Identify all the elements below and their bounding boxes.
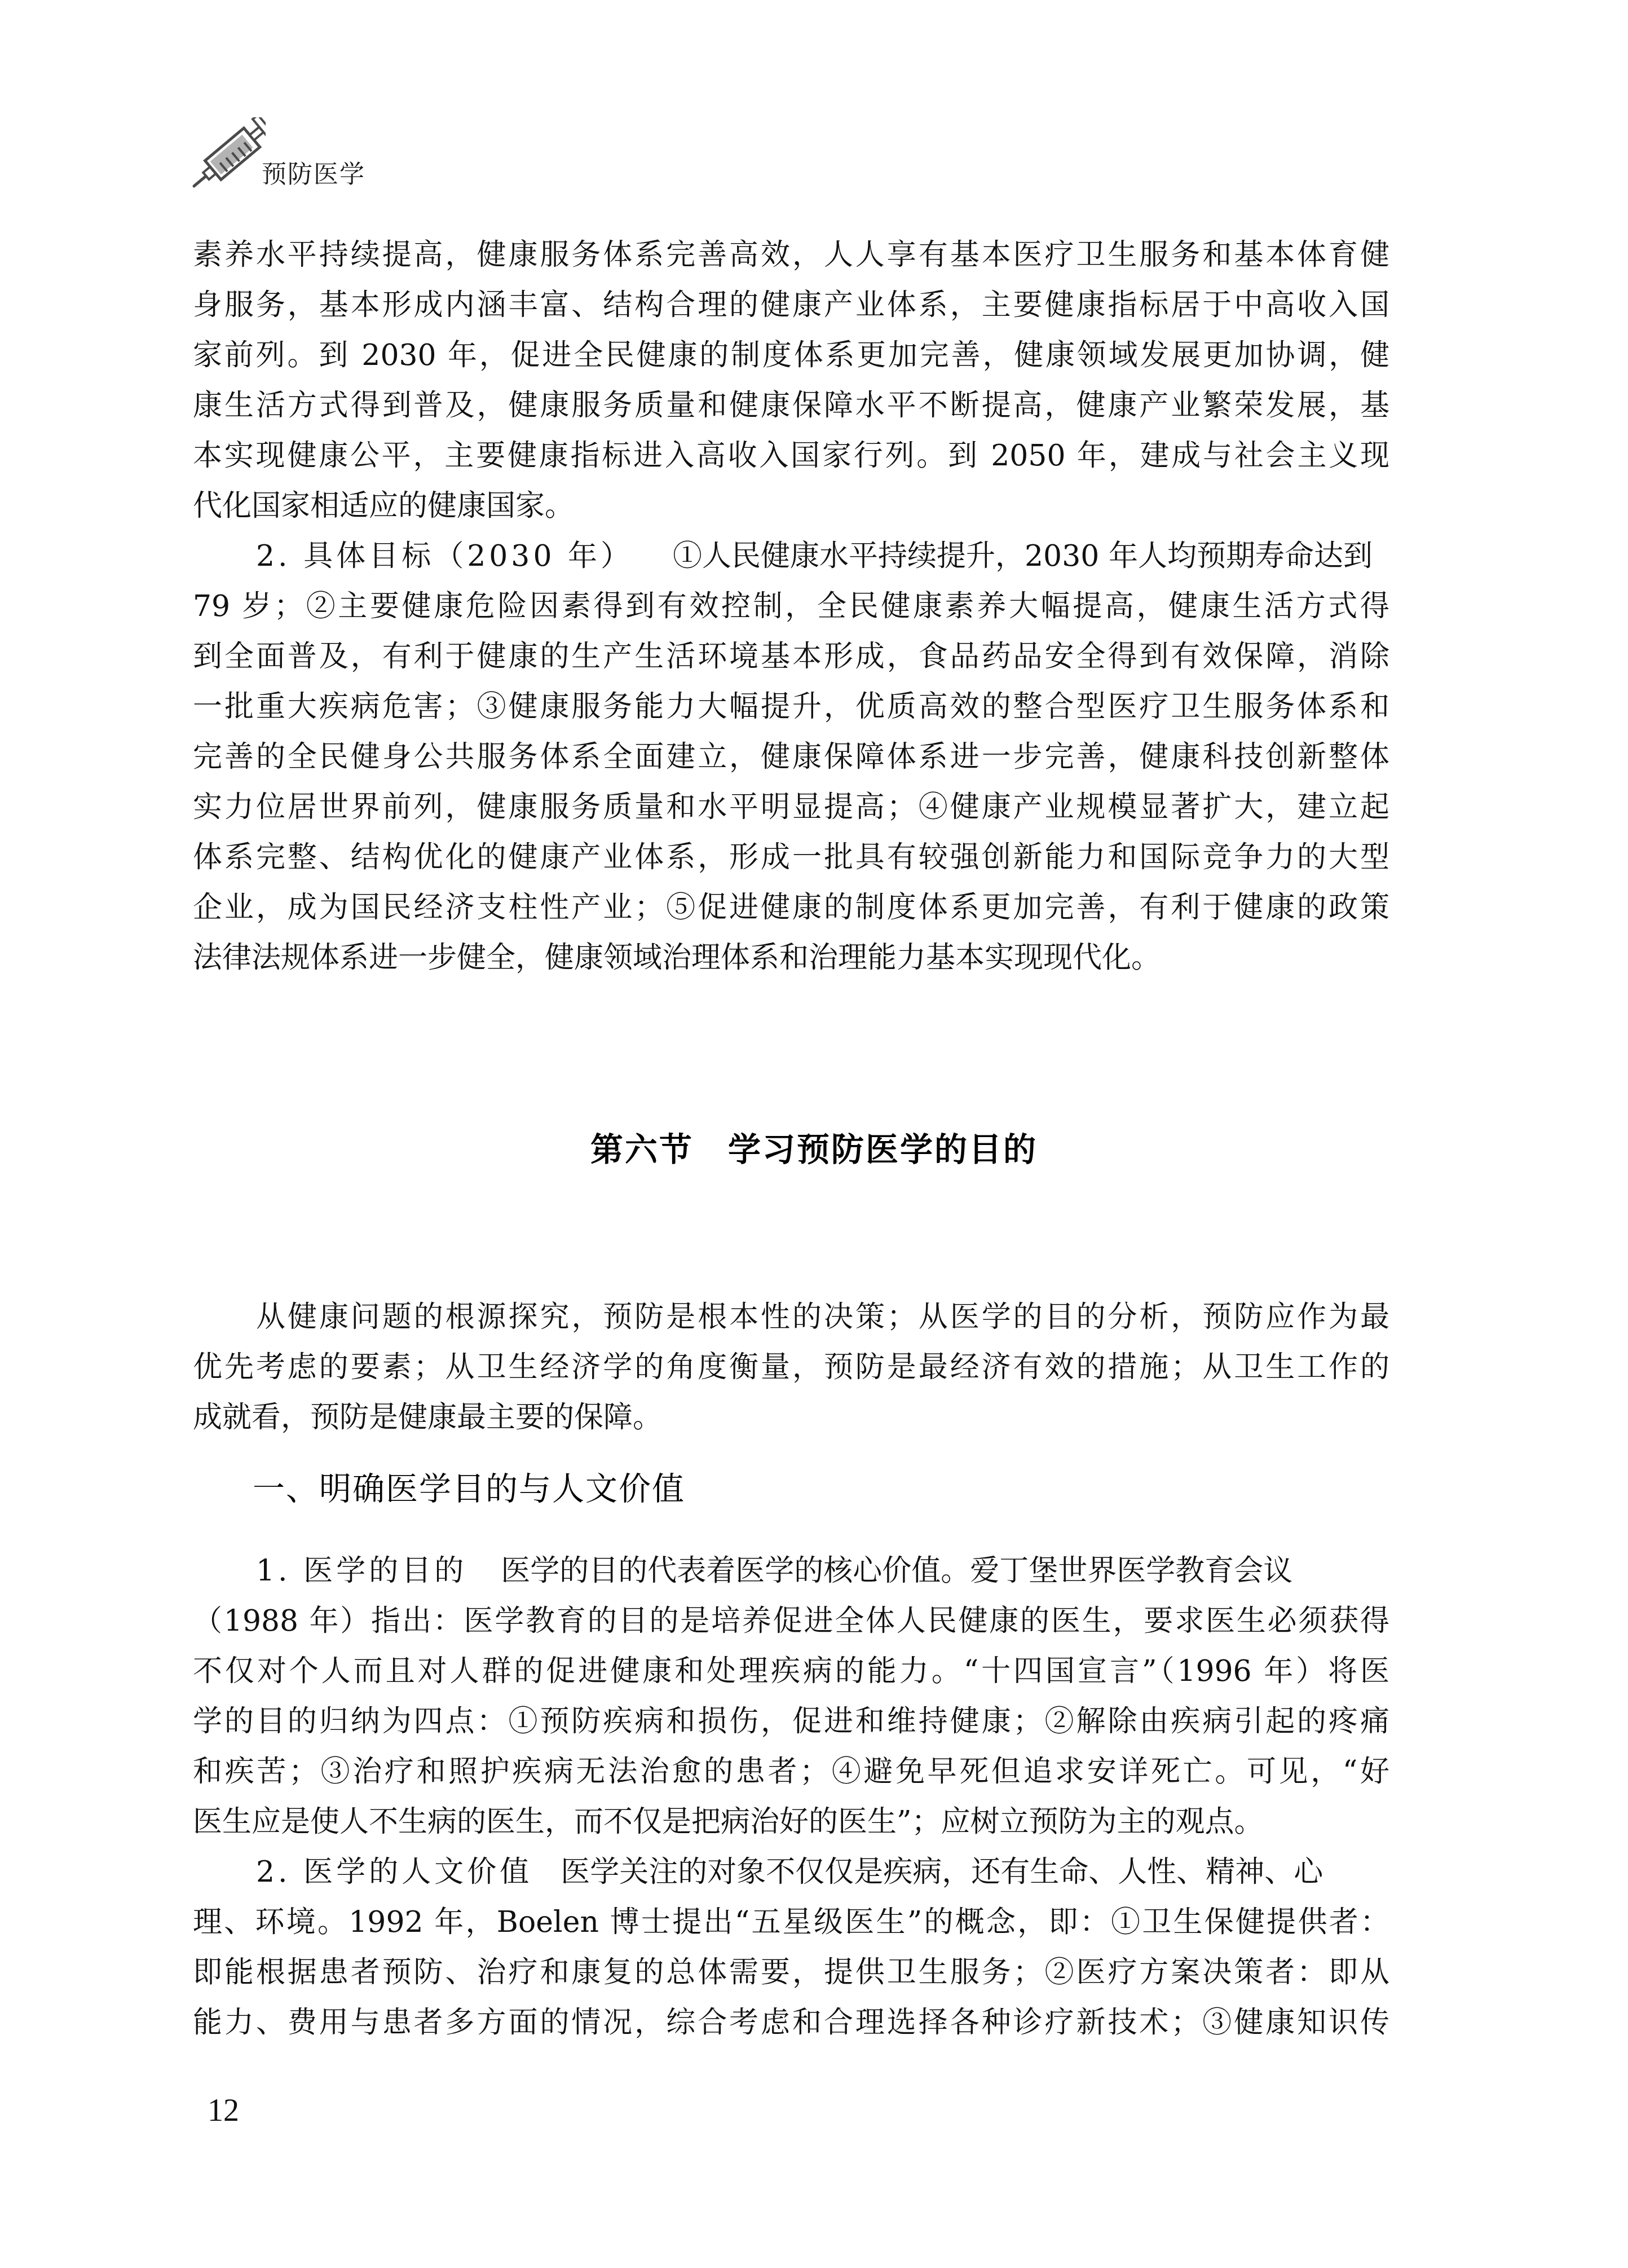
paragraph-line: 康生活方式得到普及，健康服务质量和健康保障水平不断提高，健康产业繁荣发展，基 (193, 383, 1389, 428)
paragraph-line: 本实现健康公平，主要健康指标进入高收入国家行列。到 2050 年，建成与社会主义… (193, 433, 1389, 478)
paragraph-line: 成就看，预防是健康最主要的保障。 (193, 1395, 1389, 1440)
syringe-icon (189, 117, 266, 191)
paragraph-line: 素养水平持续提高，健康服务体系完善高效，人人享有基本医疗卫生服务和基本体育健 (193, 232, 1389, 278)
running-header: 预防医学 (189, 113, 528, 197)
paragraph-line: 和疾苦；③治疗和照护疾病无法治愈的患者；④避免早死但追求安详死亡。可见，“好 (193, 1749, 1389, 1794)
book-title: 预防医学 (262, 160, 365, 190)
paragraph-line: 家前列。到 2030 年，促进全民健康的制度体系更加完善，健康领域发展更加协调，… (193, 333, 1389, 378)
item-heading: 2. 医学的人文价值 (256, 1855, 532, 1889)
section-title: 第六节 学习预防医学的目的 (0, 1127, 1628, 1172)
item-heading: 2. 具体目标（2030 年） (256, 539, 633, 573)
numbered-paragraph-first-line: 2. 医学的人文价值医学关注的对象不仅仅是疾病，还有生命、人性、精神、心 (256, 1849, 1389, 1895)
paragraph-line: 体系完整、结构优化的健康产业体系，形成一批具有较强创新能力和国际竞争力的大型 (193, 835, 1389, 880)
paragraph-line: 79 岁；②主要健康危险因素得到有效控制，全民健康素养大幅提高，健康生活方式得 (193, 584, 1389, 629)
paragraph-line: 一批重大疾病危害；③健康服务能力大幅提升，优质高效的整合型医疗卫生服务体系和 (193, 684, 1389, 729)
item-heading: 1. 医学的目的 (256, 1554, 467, 1588)
numbered-paragraph-first-line: 1. 医学的目的医学的目的代表着医学的核心价值。爱丁堡世界医学教育会议 (256, 1548, 1389, 1593)
paragraph-line: 学的目的归纳为四点：①预防疾病和损伤，促进和维持健康；②解除由疾病引起的疼痛 (193, 1699, 1389, 1744)
paragraph-line: 不仅对个人而且对人群的促进健康和处理疾病的能力。“十四国宣言”（1996 年）将… (193, 1649, 1389, 1694)
paragraph-line: 法律法规体系进一步健全，健康领域治理体系和治理能力基本实现现代化。 (193, 935, 1389, 980)
paragraph-line: 代化国家相适应的健康国家。 (193, 483, 1389, 529)
paragraph-line: 身服务，基本形成内涵丰富、结构合理的健康产业体系，主要健康指标居于中高收入国 (193, 283, 1389, 328)
paragraph-line: 优先考虑的要素；从卫生经济学的角度衡量，预防是最经济有效的措施；从卫生工作的 (193, 1345, 1389, 1390)
page-number: 12 (208, 2094, 239, 2128)
paragraph-line: 即能根据患者预防、治疗和康复的总体需要，提供卫生服务；②医疗方案决策者：即从 (193, 1950, 1389, 1995)
book-page: 预防医学 素养水平持续提高，健康服务体系完善高效，人人享有基本医疗卫生服务和基本… (0, 0, 1628, 2268)
paragraph-line: 能力、费用与患者多方面的情况，综合考虑和合理选择各种诊疗新技术；③健康知识传 (193, 2000, 1389, 2045)
subsection-title: 一、明确医学目的与人文价值 (253, 1467, 685, 1512)
paragraph-line: 理、环境。1992 年，Boelen 博士提出“五星级医生”的概念，即：①卫生保… (193, 1900, 1389, 1945)
paragraph-line: 医生应是使人不生病的医生，而不仅是把病治好的医生”；应树立预防为主的观点。 (193, 1799, 1389, 1844)
paragraph-line: 实力位居世界前列，健康服务质量和水平明显提高；④健康产业规模显著扩大，建立起 (193, 785, 1389, 830)
paragraph-text: 医学的目的代表着医学的核心价值。爱丁堡世界医学教育会议 (501, 1554, 1292, 1588)
paragraph-line: 企业，成为国民经济支柱性产业；⑤促进健康的制度体系更加完善，有利于健康的政策 (193, 885, 1389, 930)
paragraph-text: 医学关注的对象不仅仅是疾病，还有生命、人性、精神、心 (561, 1855, 1323, 1889)
paragraph-text: ①人民健康水平持续提升，2030 年人均预期寿命达到 (673, 539, 1373, 573)
paragraph-line: 从健康问题的根源探究，预防是根本性的决策；从医学的目的分析，预防应作为最 (256, 1294, 1389, 1340)
paragraph-line: 到全面普及，有利于健康的生产生活环境基本形成，食品药品安全得到有效保障，消除 (193, 634, 1389, 679)
numbered-paragraph-first-line: 2. 具体目标（2030 年）①人民健康水平持续提升，2030 年人均预期寿命达… (256, 534, 1389, 579)
paragraph-line: 完善的全民健身公共服务体系全面建立，健康保障体系进一步完善，健康科技创新整体 (193, 734, 1389, 780)
paragraph-line: （1988 年）指出：医学教育的目的是培养促进全体人民健康的医生，要求医生必须获… (193, 1598, 1389, 1644)
